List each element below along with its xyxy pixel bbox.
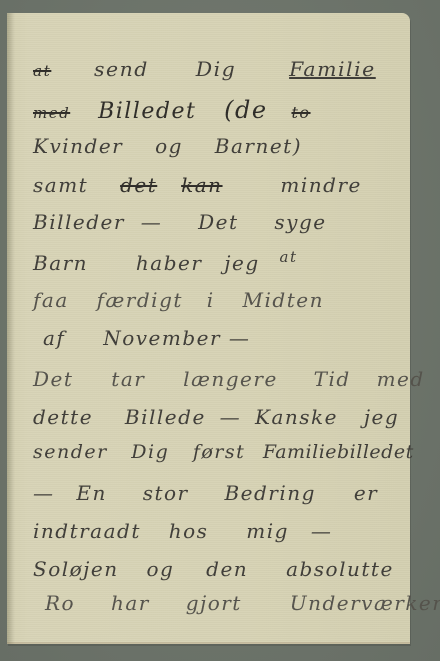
word: gjort	[186, 591, 242, 615]
word: Bedring	[224, 481, 315, 505]
word: sender	[33, 441, 108, 463]
word: Barnet)	[215, 134, 302, 158]
word: Billede	[125, 405, 206, 429]
word: har	[111, 591, 150, 615]
letter-page: at send Dig Familie med Billedet (de to …	[7, 13, 410, 644]
word: dette	[33, 405, 93, 429]
word: Billedet	[98, 99, 196, 124]
word: Kanske	[255, 405, 338, 429]
word: Ro	[45, 591, 75, 615]
word: —	[33, 481, 55, 505]
word: November	[103, 326, 221, 350]
word: En	[76, 481, 106, 505]
word: Kvinder	[33, 134, 123, 158]
word: samt	[33, 173, 88, 197]
word: med	[377, 367, 425, 391]
word: haber	[136, 251, 203, 275]
struck-word: to	[291, 103, 310, 122]
word: længere	[183, 367, 278, 391]
letter-line-1: at send Dig Familie	[33, 57, 398, 81]
letter-line-4: samt det kan mindre	[33, 173, 384, 197]
word: indtraadt	[33, 519, 141, 543]
word: og	[155, 134, 183, 158]
letter-line-10: dette Billede — Kanske jeg	[33, 405, 421, 429]
word: mindre	[280, 173, 361, 197]
word: Billeder	[33, 210, 125, 234]
letter-line-13: indtraadt hos mig —	[33, 519, 354, 543]
word: —	[311, 519, 333, 543]
word: Barn	[33, 251, 88, 275]
letter-line-3: Kvinder og Barnet)	[33, 134, 324, 158]
handwritten-text: at send Dig Familie med Billedet (de to …	[7, 13, 410, 644]
underlined-word: Familie	[289, 57, 376, 81]
word: Det	[33, 367, 73, 391]
letter-line-11: sender Dig først Familiebilledet	[33, 441, 436, 463]
word: at	[280, 248, 298, 266]
letter-line-8: af November —	[43, 326, 272, 350]
letter-line-14: Soløjen og den absolutte	[33, 557, 416, 581]
struck-word: at	[33, 62, 51, 80]
word: Underværker	[290, 591, 440, 615]
word: —	[141, 210, 163, 234]
word: Dig	[196, 57, 237, 81]
word: Tid	[314, 367, 351, 391]
letter-line-5: Billeder — Det syge	[33, 210, 349, 234]
word: syge	[274, 210, 326, 234]
struck-word: med	[33, 104, 70, 122]
word: og	[146, 557, 174, 581]
letter-line-12: — En stor Bedring er	[33, 481, 400, 505]
letter-line-15: Ro har gjort Underværker	[45, 591, 440, 615]
word: mig	[246, 519, 289, 543]
word: jeg	[364, 405, 399, 429]
struck-word: det	[120, 173, 157, 197]
word: hos	[169, 519, 209, 543]
struck-word: kan	[181, 173, 222, 197]
word: Dig	[131, 441, 169, 463]
word: faa	[33, 288, 69, 312]
word: absolutte	[286, 557, 394, 581]
word: af	[43, 326, 65, 350]
word: (de	[224, 96, 267, 124]
word: Midten	[243, 288, 324, 312]
word: send	[94, 57, 149, 81]
word: den	[206, 557, 248, 581]
word: færdigt	[97, 288, 183, 312]
letter-line-2: med Billedet (de to	[33, 96, 333, 124]
word: stor	[143, 481, 189, 505]
letter-line-9: Det tar længere Tid med	[33, 367, 440, 391]
word: i	[207, 288, 215, 312]
word: først	[193, 441, 245, 463]
word: Familiebilledet	[263, 441, 414, 463]
word: er	[354, 481, 378, 505]
word: —	[229, 326, 251, 350]
word: jeg	[224, 251, 259, 275]
word: —	[220, 405, 242, 429]
letter-line-7: faa færdigt i Midten	[33, 288, 346, 312]
word: Det	[198, 210, 238, 234]
word: tar	[111, 367, 145, 391]
word: Soløjen	[33, 557, 119, 581]
letter-line-6: Barn haber jeg at	[33, 248, 319, 275]
